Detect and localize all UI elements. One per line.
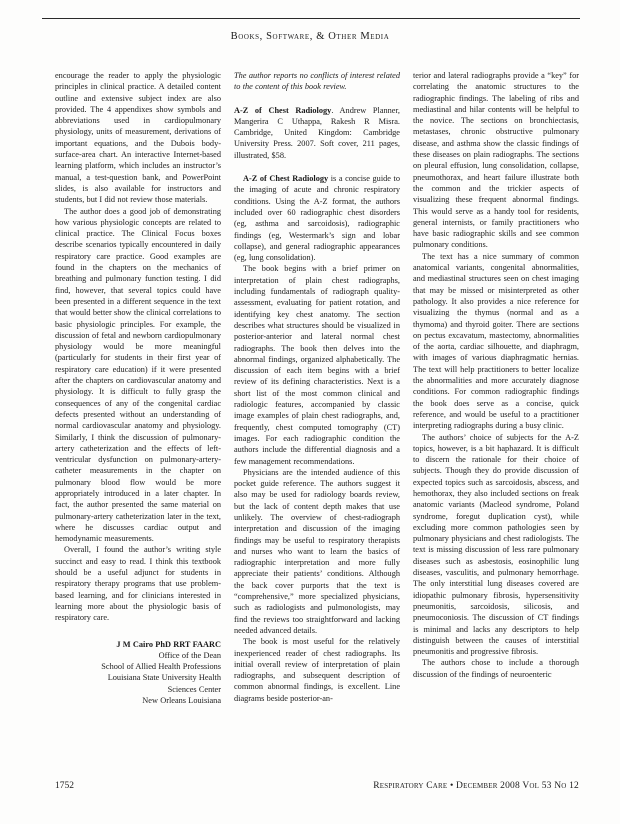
column-2: The author reports no conflicts of inter… xyxy=(234,70,400,706)
text-run: Overall, I found the author’s writing st… xyxy=(55,545,221,622)
text-run: The book begins with a brief primer on i… xyxy=(234,264,400,465)
reviewer-affiliation-line: Office of the Dean xyxy=(55,650,221,661)
paragraph: The book begins with a brief primer on i… xyxy=(234,263,400,466)
text-run: New Orleans Louisiana xyxy=(142,696,221,705)
journal-page: Books, Software, & Other Media encourage… xyxy=(0,0,620,824)
text-run: The text has a nice summary of common an… xyxy=(413,252,579,430)
paragraph: The book is most useful for the relative… xyxy=(234,636,400,704)
paragraph-continuation: encourage the reader to apply the physio… xyxy=(55,70,221,206)
column-1: encourage the reader to apply the physio… xyxy=(55,70,221,706)
paragraph: The author does a good job of demonstrat… xyxy=(55,206,221,545)
text-run: The authors chose to include a thorough … xyxy=(413,658,579,678)
text-run: The authors’ choice of subjects for the … xyxy=(413,433,579,657)
text-run: Louisiana State University Health xyxy=(108,673,221,682)
text-run: School of Allied Health Professions xyxy=(101,662,221,671)
journal-footer-line: Respiratory Care • December 2008 Vol 53 … xyxy=(373,781,579,791)
paragraph: The authors’ choice of subjects for the … xyxy=(413,432,579,658)
text-run: The author does a good job of demonstrat… xyxy=(55,207,221,544)
text-run: Physicians are the intended audience of … xyxy=(234,468,400,635)
reviewer-affiliation-line: Sciences Center xyxy=(55,684,221,695)
paragraph-continuation: terior and lateral radiographs provide a… xyxy=(413,70,579,251)
text-run: Sciences Center xyxy=(168,685,221,694)
reviewer-affiliation-line: New Orleans Louisiana xyxy=(55,695,221,706)
reviewer-affiliation-line: School of Allied Health Professions xyxy=(55,661,221,672)
text-run: terior and lateral radiographs provide a… xyxy=(413,71,579,249)
text-run: The book is most useful for the relative… xyxy=(234,637,400,702)
reviewer-affiliation-line: Louisiana State University Health xyxy=(55,672,221,683)
book-citation: A-Z of Chest Radiology. Andrew Planner, … xyxy=(234,105,400,161)
page-number: 1752 xyxy=(55,781,74,791)
text-run: is a concise guide to the imaging of acu… xyxy=(234,174,400,262)
reviewer-name: J M Cairo PhD RRT FAARC xyxy=(55,639,221,650)
paragraph: The text has a nice summary of common an… xyxy=(413,251,579,432)
text-run: Office of the Dean xyxy=(159,651,221,660)
header-rule xyxy=(42,18,580,19)
paragraph: A-Z of Chest Radiology is a concise guid… xyxy=(234,173,400,263)
paragraph: Physicians are the intended audience of … xyxy=(234,467,400,636)
text-run: encourage the reader to apply the physio… xyxy=(55,71,221,204)
conflict-of-interest-note: The author reports no conflicts of inter… xyxy=(234,70,400,93)
section-title: Books, Software, & Other Media xyxy=(0,31,620,42)
page-footer: 1752 Respiratory Care • December 2008 Vo… xyxy=(55,781,579,791)
paragraph: The authors chose to include a thorough … xyxy=(413,657,579,680)
column-3: terior and lateral radiographs provide a… xyxy=(413,70,579,706)
bold-text: A-Z of Chest Radiology xyxy=(234,106,331,115)
paragraph: Overall, I found the author’s writing st… xyxy=(55,544,221,623)
bold-text: A-Z of Chest Radiology xyxy=(243,174,328,183)
article-body: encourage the reader to apply the physio… xyxy=(55,70,579,706)
text-run: The author reports no conflicts of inter… xyxy=(234,71,400,91)
bold-text: J M Cairo PhD RRT FAARC xyxy=(116,640,221,649)
